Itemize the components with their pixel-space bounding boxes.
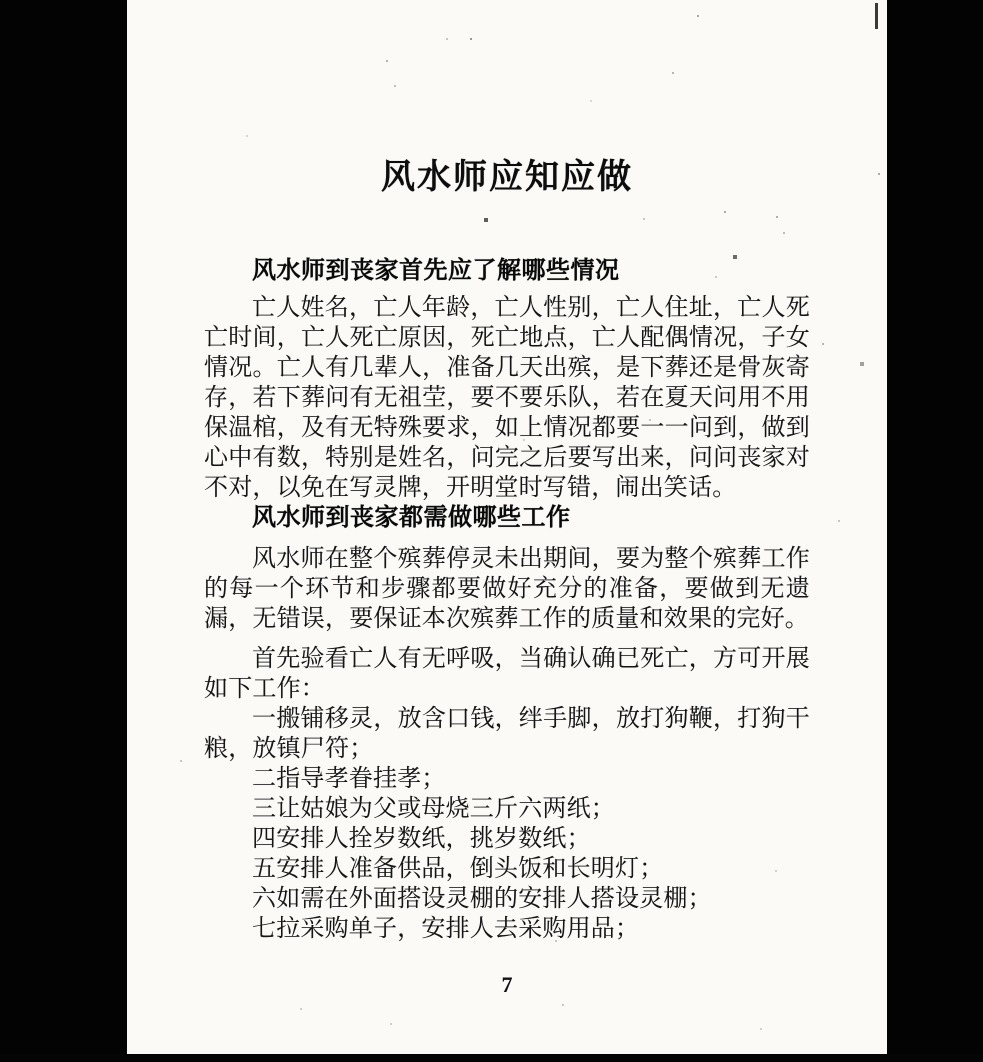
task-list: 一搬铺移灵，放含口钱，绊手脚，放打狗鞭，打狗干粮，放镇尸符； 二指导孝眷挂孝； …: [204, 704, 810, 944]
section-2-paragraph-2: 首先验看亡人有无呼吸，当确认确已死亡，方可开展如下工作：: [204, 644, 810, 704]
task-list-item: 七拉采购单子，安排人去采购用品；: [204, 914, 810, 944]
section-2-paragraph-1: 风水师在整个殡葬停灵未出期间，要为整个殡葬工作的每一个环节和步骤都要做好充分的准…: [204, 544, 810, 634]
task-list-item: 四安排人拴岁数纸，挑岁数纸；: [204, 824, 810, 854]
scan-border-bottom: [0, 1054, 983, 1062]
task-list-item: 二指导孝眷挂孝；: [204, 764, 810, 794]
section-2-heading: 风水师到丧家都需做哪些工作: [204, 503, 810, 533]
page-content: 风水师应知应做 风水师到丧家首先应了解哪些情况 亡人姓名，亡人年龄，亡人性别，亡…: [204, 0, 810, 999]
page-number: 7: [204, 971, 810, 999]
scan-border-left: [0, 0, 127, 1062]
task-list-item: 三让姑娘为父或母烧三斤六两纸；: [204, 794, 810, 824]
page-title: 风水师应知应做: [204, 156, 810, 200]
task-list-item: 五安排人准备供品，倒头饭和长明灯；: [204, 854, 810, 884]
scan-border-right: [887, 0, 983, 1062]
scanned-page: 风水师应知应做 风水师到丧家首先应了解哪些情况 亡人姓名，亡人年龄，亡人性别，亡…: [127, 0, 887, 1054]
task-list-item: 六如需在外面搭设灵棚的安排人搭设灵棚；: [204, 884, 810, 914]
section-1-paragraph: 亡人姓名，亡人年龄，亡人性别，亡人住址，亡人死亡时间，亡人死亡原因，死亡地点，亡…: [204, 293, 810, 503]
task-list-item: 一搬铺移灵，放含口钱，绊手脚，放打狗鞭，打狗干粮，放镇尸符；: [204, 704, 810, 764]
section-1-heading: 风水师到丧家首先应了解哪些情况: [204, 256, 810, 286]
